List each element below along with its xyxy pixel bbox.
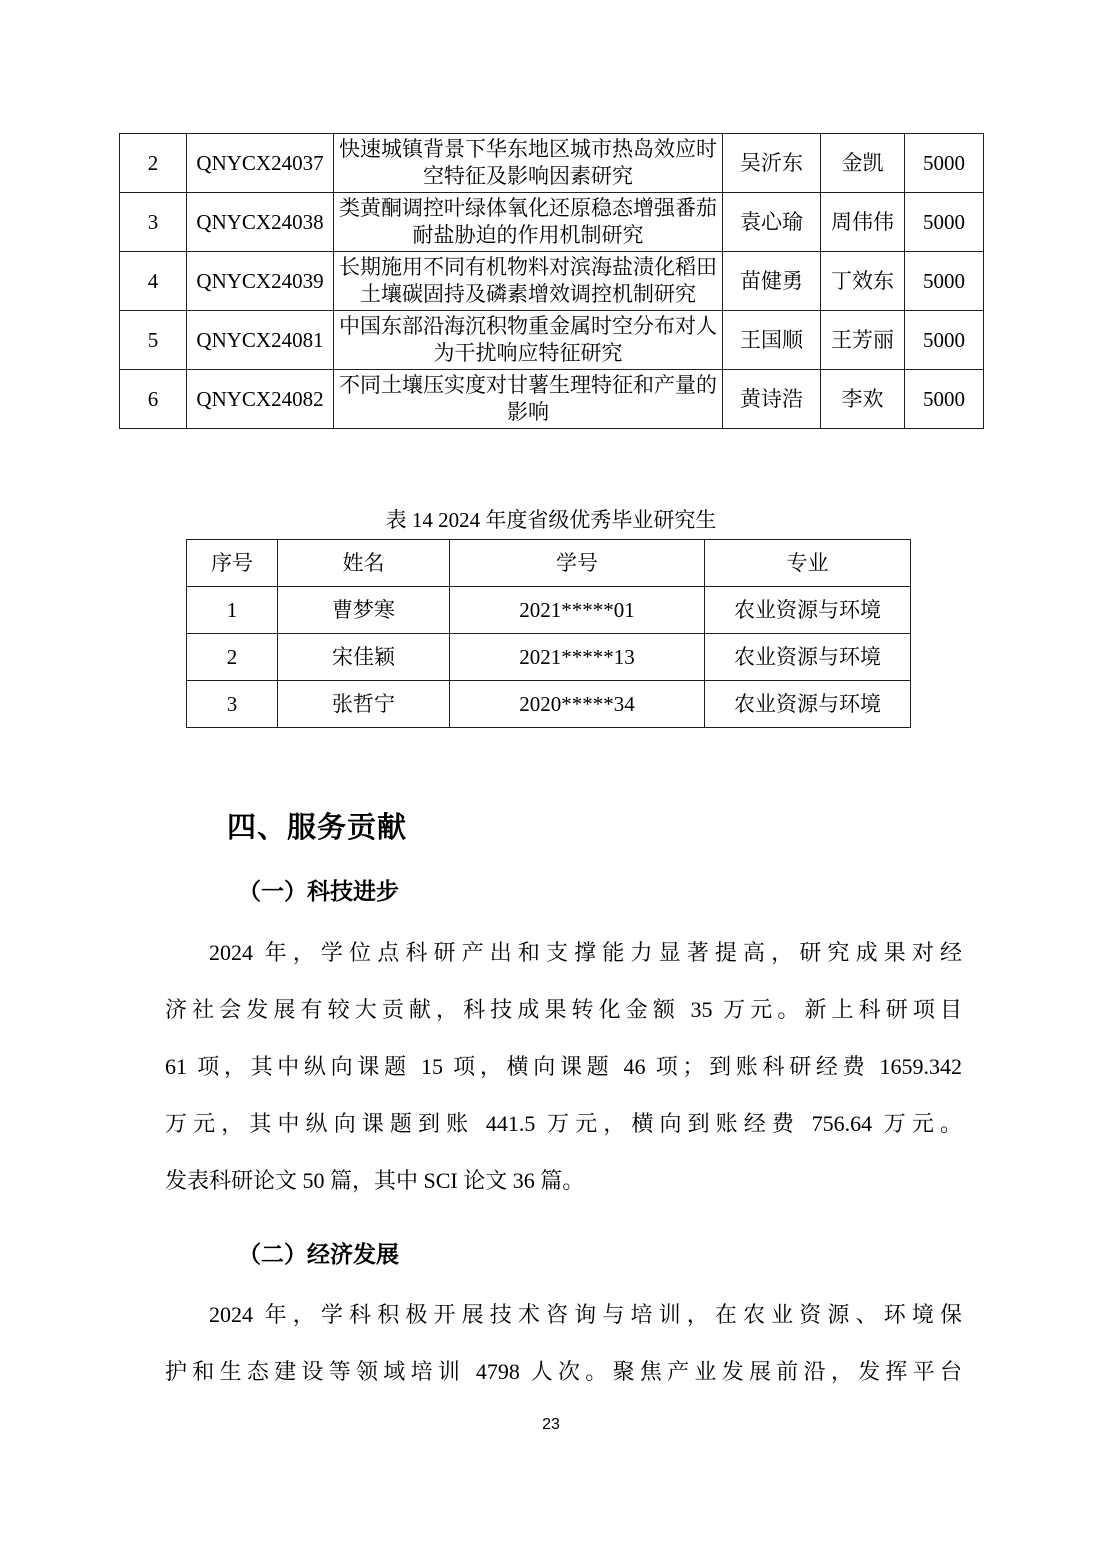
table-row: 3QNYCX24038类黄酮调控叶绿体氧化还原稳态增强番茄耐盐胁迫的作用机制研究…	[120, 193, 984, 252]
funding-amount: 5000	[905, 252, 984, 311]
text-line: 2024 年，学位点科研产出和支撑能力显著提高，研究成果对经	[165, 924, 962, 981]
funding-amount: 5000	[905, 193, 984, 252]
table-row: 6QNYCX24082不同土壤压实度对甘薯生理特征和产量的影响黄诗浩李欢5000	[120, 370, 984, 429]
subsection-2-heading: （二）经济发展	[238, 1240, 399, 1268]
table-row: 1曹梦寒2021*****01农业资源与环境	[187, 587, 911, 634]
project-funding-table: 2QNYCX24037快速城镇背景下华东地区城市热岛效应时空特征及影响因素研究吴…	[119, 133, 984, 429]
table-row: 3张哲宁2020*****34农业资源与环境	[187, 681, 911, 728]
person-2: 王芳丽	[821, 311, 905, 370]
person-1: 吴沂东	[723, 134, 821, 193]
person-2: 李欢	[821, 370, 905, 429]
project-code: QNYCX24037	[187, 134, 334, 193]
row-number: 4	[120, 252, 187, 311]
person-1: 黄诗浩	[723, 370, 821, 429]
project-funding-tbody: 2QNYCX24037快速城镇背景下华东地区城市热岛效应时空特征及影响因素研究吴…	[120, 134, 984, 429]
serial-number: 2	[187, 634, 278, 681]
project-title: 长期施用不同有机物料对滨海盐渍化稻田土壤碳固持及磷素增效调控机制研究	[334, 252, 723, 311]
person-2: 金凯	[821, 134, 905, 193]
project-title: 中国东部沿海沉积物重金属时空分布对人为干扰响应特征研究	[334, 311, 723, 370]
serial-number: 3	[187, 681, 278, 728]
project-title: 不同土壤压实度对甘薯生理特征和产量的影响	[334, 370, 723, 429]
person-1: 王国顺	[723, 311, 821, 370]
person-2: 丁效东	[821, 252, 905, 311]
column-header: 专业	[705, 540, 911, 587]
student-id: 2021*****01	[450, 587, 705, 634]
section-heading: 四、服务贡献	[227, 812, 407, 844]
row-number: 5	[120, 311, 187, 370]
project-code: QNYCX24082	[187, 370, 334, 429]
graduates-header-row: 序号姓名学号专业	[187, 540, 911, 587]
person-2: 周伟伟	[821, 193, 905, 252]
row-number: 6	[120, 370, 187, 429]
serial-number: 1	[187, 587, 278, 634]
text-line: 2024 年，学科积极开展技术咨询与培训，在农业资源、环境保	[165, 1286, 962, 1343]
project-title: 快速城镇背景下华东地区城市热岛效应时空特征及影响因素研究	[334, 134, 723, 193]
text-line: 发表科研论文 50 篇，其中 SCI 论文 36 篇。	[165, 1152, 962, 1209]
student-name: 张哲宁	[278, 681, 450, 728]
document-page: 2QNYCX24037快速城镇背景下华东地区城市热岛效应时空特征及影响因素研究吴…	[0, 0, 1102, 1559]
person-1: 袁心瑜	[723, 193, 821, 252]
project-title: 类黄酮调控叶绿体氧化还原稳态增强番茄耐盐胁迫的作用机制研究	[334, 193, 723, 252]
project-code: QNYCX24081	[187, 311, 334, 370]
table-row: 2QNYCX24037快速城镇背景下华东地区城市热岛效应时空特征及影响因素研究吴…	[120, 134, 984, 193]
graduates-table: 序号姓名学号专业 1曹梦寒2021*****01农业资源与环境2宋佳颖2021*…	[186, 539, 911, 728]
table-row: 5QNYCX24081中国东部沿海沉积物重金属时空分布对人为干扰响应特征研究王国…	[120, 311, 984, 370]
subsection-1-heading: （一）科技进步	[238, 877, 399, 905]
major: 农业资源与环境	[705, 634, 911, 681]
project-code: QNYCX24038	[187, 193, 334, 252]
graduates-tbody: 1曹梦寒2021*****01农业资源与环境2宋佳颖2021*****13农业资…	[187, 587, 911, 728]
column-header: 序号	[187, 540, 278, 587]
text-line: 61 项，其中纵向课题 15 项，横向课题 46 项；到账科研经费 1659.3…	[165, 1038, 962, 1095]
paragraph-1: 2024 年，学位点科研产出和支撑能力显著提高，研究成果对经济社会发展有较大贡献…	[165, 924, 962, 1209]
student-id: 2021*****13	[450, 634, 705, 681]
project-code: QNYCX24039	[187, 252, 334, 311]
funding-amount: 5000	[905, 134, 984, 193]
page-number: 23	[0, 1414, 1102, 1436]
funding-amount: 5000	[905, 311, 984, 370]
text-line: 护和生态建设等领域培训 4798 人次。聚焦产业发展前沿，发挥平台	[165, 1343, 962, 1400]
text-line: 万元，其中纵向课题到账 441.5 万元，横向到账经费 756.64 万元。	[165, 1095, 962, 1152]
table-row: 2宋佳颖2021*****13农业资源与环境	[187, 634, 911, 681]
paragraph-2: 2024 年，学科积极开展技术咨询与培训，在农业资源、环境保护和生态建设等领域培…	[165, 1286, 962, 1400]
row-number: 2	[120, 134, 187, 193]
table14-caption: 表 14 2024 年度省级优秀毕业研究生	[0, 506, 1102, 534]
student-id: 2020*****34	[450, 681, 705, 728]
table-row: 4QNYCX24039长期施用不同有机物料对滨海盐渍化稻田土壤碳固持及磷素增效调…	[120, 252, 984, 311]
column-header: 姓名	[278, 540, 450, 587]
major: 农业资源与环境	[705, 587, 911, 634]
column-header: 学号	[450, 540, 705, 587]
student-name: 曹梦寒	[278, 587, 450, 634]
student-name: 宋佳颖	[278, 634, 450, 681]
major: 农业资源与环境	[705, 681, 911, 728]
person-1: 苗健勇	[723, 252, 821, 311]
funding-amount: 5000	[905, 370, 984, 429]
row-number: 3	[120, 193, 187, 252]
text-line: 济社会发展有较大贡献，科技成果转化金额 35 万元。新上科研项目	[165, 981, 962, 1038]
